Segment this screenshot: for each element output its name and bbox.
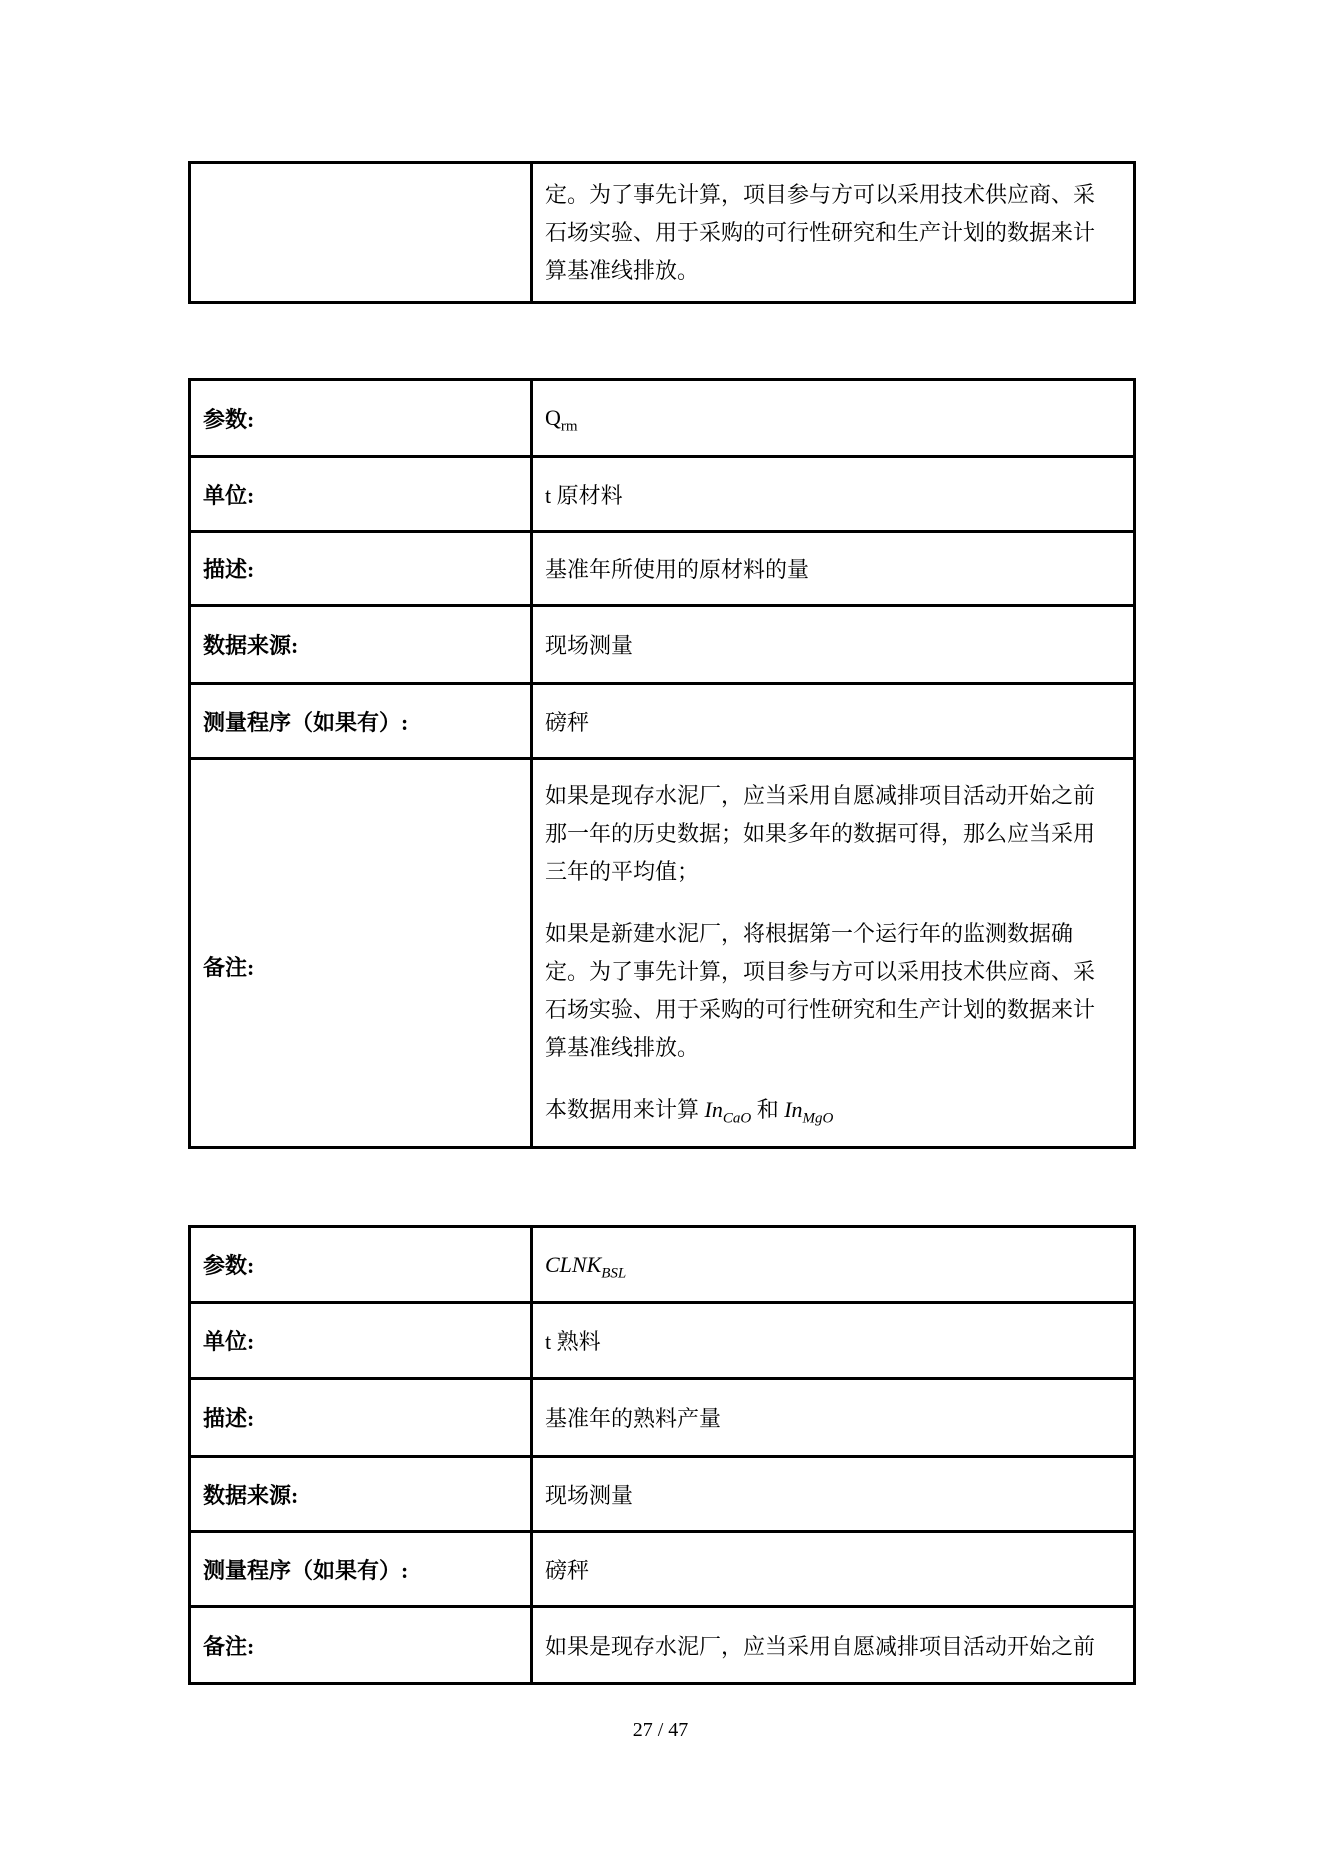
- parameter-table-clnk: 参数: CLNKBSL 单位: t 熟料 描述: 基准年的熟料产量 数据来源: …: [188, 1225, 1136, 1685]
- table-row: 测量程序（如果有）: 磅秤: [190, 684, 1135, 759]
- table-row: 单位: t 原材料: [190, 457, 1135, 532]
- measurement-procedure-value: 磅秤: [532, 684, 1135, 759]
- table-spacer: [188, 304, 1323, 378]
- unit-value: t 原材料: [532, 457, 1135, 532]
- remarks-paragraph: 如果是现存水泥厂，应当采用自愿减排项目活动开始之前 那一年的历史数据；如果多年的…: [545, 777, 1121, 891]
- remarks-label: 备注:: [190, 1607, 532, 1684]
- formula-base: In: [705, 1097, 723, 1122]
- unit-value: t 熟料: [532, 1303, 1135, 1379]
- param-value: CLNKBSL: [532, 1227, 1135, 1303]
- description-label: 描述:: [190, 532, 532, 606]
- remarks-formula-line: 本数据用来计算 InCaO 和 InMgO: [545, 1091, 1121, 1129]
- formula-subscript: BSL: [601, 1265, 626, 1281]
- table-row: 测量程序（如果有）: 磅秤: [190, 1532, 1135, 1607]
- table-row: 数据来源: 现场测量: [190, 1457, 1135, 1532]
- measurement-procedure-value: 磅秤: [532, 1532, 1135, 1607]
- table-row: 参数: CLNKBSL: [190, 1227, 1135, 1303]
- formula-base: CLNK: [545, 1252, 601, 1277]
- table-spacer: [188, 1149, 1323, 1225]
- remarks-paragraph: 如果是新建水泥厂，将根据第一个运行年的监测数据确 定。为了事先计算，项目参与方可…: [545, 915, 1121, 1067]
- table-row: 备注: 如果是现存水泥厂，应当采用自愿减排项目活动开始之前: [190, 1607, 1135, 1684]
- formula-line-connector: 和: [751, 1097, 784, 1122]
- table-row: 定。为了事先计算，项目参与方可以采用技术供应商、采 石场实验、用于采购的可行性研…: [190, 163, 1135, 303]
- formula-subscript: MgO: [803, 1110, 834, 1126]
- description-value: 基准年的熟料产量: [532, 1379, 1135, 1457]
- continuation-text-cell: 定。为了事先计算，项目参与方可以采用技术供应商、采 石场实验、用于采购的可行性研…: [532, 163, 1135, 303]
- remarks-value: 如果是现存水泥厂，应当采用自愿减排项目活动开始之前 那一年的历史数据；如果多年的…: [532, 759, 1135, 1148]
- page-number: 27 / 47: [188, 1719, 1133, 1742]
- table-row: 备注: 如果是现存水泥厂，应当采用自愿减排项目活动开始之前 那一年的历史数据；如…: [190, 759, 1135, 1148]
- description-label: 描述:: [190, 1379, 532, 1457]
- formula-base: Q: [545, 405, 561, 430]
- formula-subscript: CaO: [723, 1110, 751, 1126]
- formula-subscript: rm: [561, 418, 578, 434]
- table-row: 数据来源: 现场测量: [190, 606, 1135, 684]
- param-label: 参数:: [190, 1227, 532, 1303]
- measurement-procedure-label: 测量程序（如果有）:: [190, 1532, 532, 1607]
- table-row: 描述: 基准年所使用的原材料的量: [190, 532, 1135, 606]
- formula-base: In: [784, 1097, 802, 1122]
- remarks-value: 如果是现存水泥厂，应当采用自愿减排项目活动开始之前: [532, 1607, 1135, 1684]
- unit-label: 单位:: [190, 457, 532, 532]
- continuation-table: 定。为了事先计算，项目参与方可以采用技术供应商、采 石场实验、用于采购的可行性研…: [188, 161, 1136, 304]
- data-source-label: 数据来源:: [190, 1457, 532, 1532]
- remarks-label: 备注:: [190, 759, 532, 1148]
- parameter-table-qrm: 参数: Qrm 单位: t 原材料 描述: 基准年所使用的原材料的量 数据来源:…: [188, 378, 1136, 1149]
- data-source-label: 数据来源:: [190, 606, 532, 684]
- document-page: 定。为了事先计算，项目参与方可以采用技术供应商、采 石场实验、用于采购的可行性研…: [0, 0, 1323, 1742]
- data-source-value: 现场测量: [532, 1457, 1135, 1532]
- param-label: 参数:: [190, 380, 532, 457]
- description-value: 基准年所使用的原材料的量: [532, 532, 1135, 606]
- table-row: 描述: 基准年的熟料产量: [190, 1379, 1135, 1457]
- table-row: 单位: t 熟料: [190, 1303, 1135, 1379]
- param-value: Qrm: [532, 380, 1135, 457]
- continuation-empty-cell: [190, 163, 532, 303]
- table-row: 参数: Qrm: [190, 380, 1135, 457]
- data-source-value: 现场测量: [532, 606, 1135, 684]
- unit-label: 单位:: [190, 1303, 532, 1379]
- measurement-procedure-label: 测量程序（如果有）:: [190, 684, 532, 759]
- formula-line-prefix: 本数据用来计算: [545, 1097, 705, 1122]
